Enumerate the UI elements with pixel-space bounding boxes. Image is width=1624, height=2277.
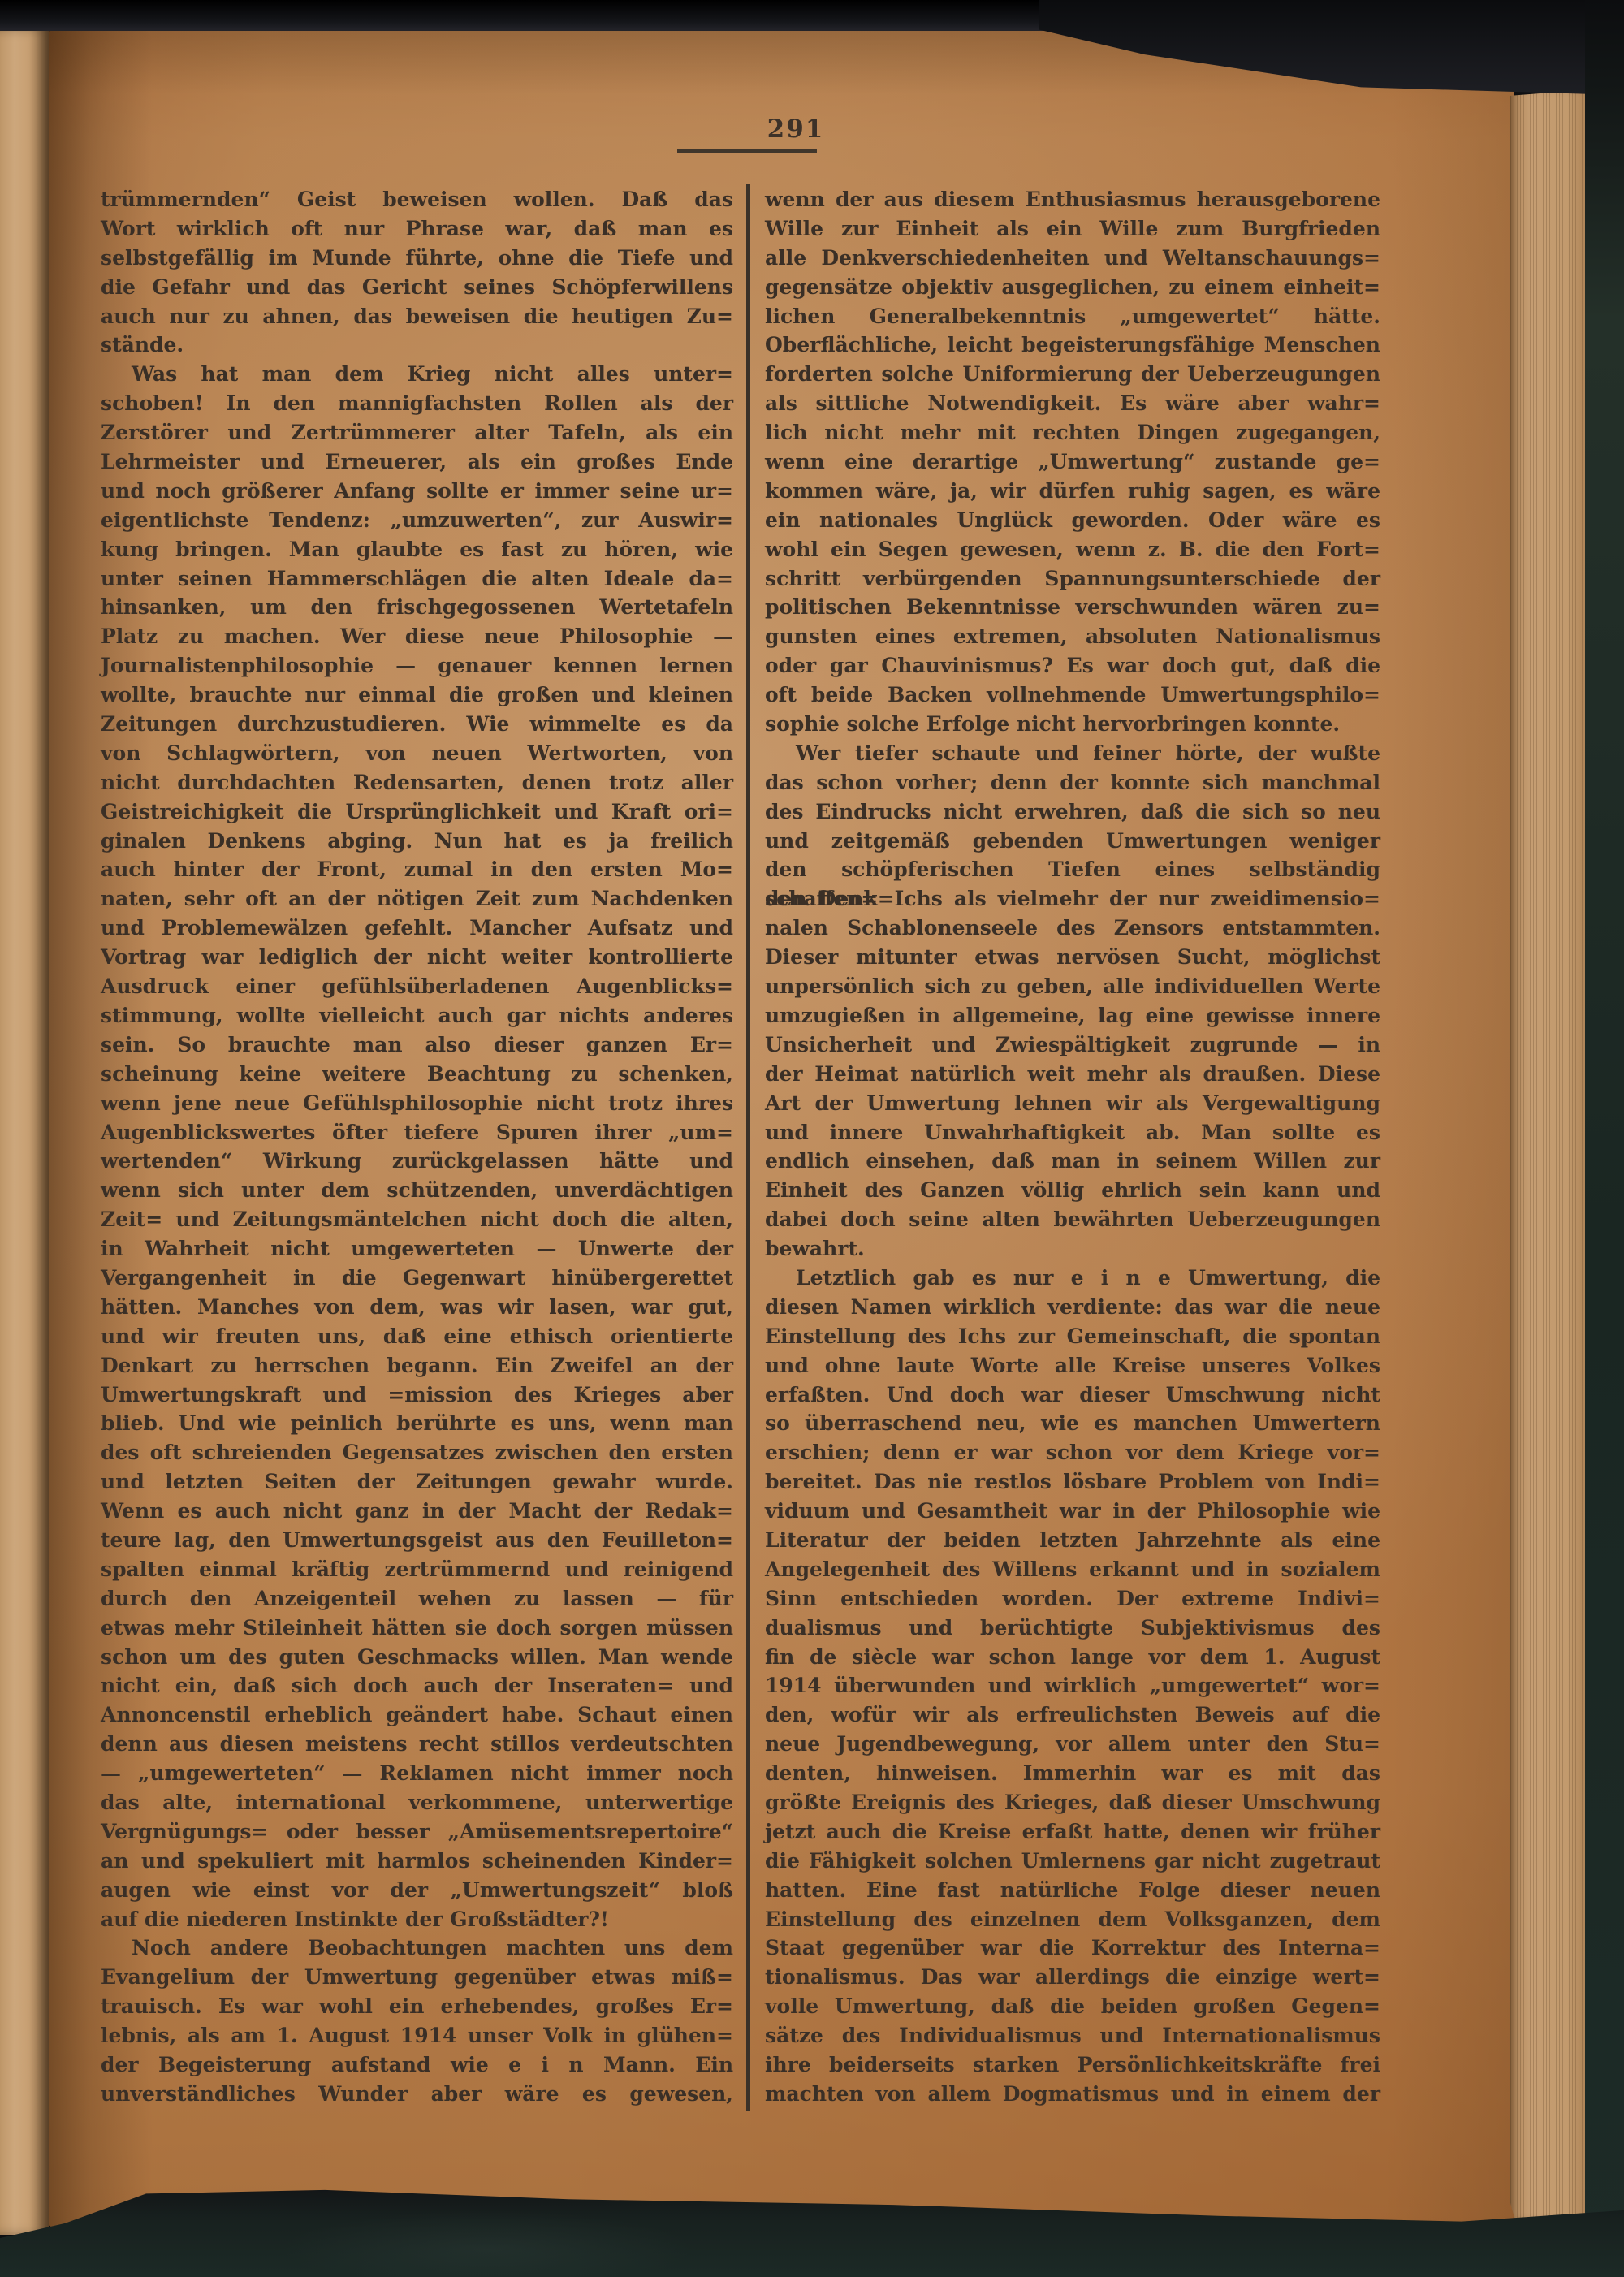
text-line: trauisch. Es war wohl ein erhebendes, gr… xyxy=(101,1992,733,2021)
text-line: wollte, brauchte nur einmal die großen u… xyxy=(101,681,733,710)
text-line: erschien; denn er war schon vor dem Krie… xyxy=(765,1438,1380,1467)
text-line: der Heimat natürlich weit mehr als drauß… xyxy=(765,1060,1380,1089)
text-line: als sittliche Notwendigkeit. Es wäre abe… xyxy=(765,389,1380,418)
text-line: schon um des guten Geschmacks willen. Ma… xyxy=(101,1643,733,1672)
text-line: Oberflächliche, leicht begeisterungsfähi… xyxy=(765,331,1380,360)
text-line: größte Ereignis des Krieges, daß dieser … xyxy=(765,1788,1380,1817)
text-line: Vergangenheit in die Gegenwart hinüberge… xyxy=(101,1264,733,1293)
text-line: Journalistenphilosophie — genauer kennen… xyxy=(101,651,733,681)
text-line: nicht ein, daß sich doch auch der Insera… xyxy=(101,1671,733,1700)
text-line: Literatur der beiden letzten Jahrzehnte … xyxy=(765,1526,1380,1555)
text-line: trümmernden“ Geist beweisen wollen. Daß … xyxy=(101,185,733,214)
text-line: durch den Anzeigenteil wehen zu lassen —… xyxy=(101,1584,733,1614)
text-line: des oft schreienden Gegensatzes zwischen… xyxy=(101,1438,733,1467)
text-line: Vortrag war lediglich der nicht weiter k… xyxy=(101,943,733,972)
text-line: Unsicherheit und Zwiespältigkeit zugrund… xyxy=(765,1030,1380,1060)
text-line: nalen Schablonenseele des Zensors entsta… xyxy=(765,914,1380,943)
text-line: bereitet. Das nie restlos lösbare Proble… xyxy=(765,1467,1380,1497)
text-line: auch hinter der Front, zumal in den erst… xyxy=(101,855,733,884)
text-line: oder gar Chauvinismus? Es war doch gut, … xyxy=(765,651,1380,681)
text-line: wenn sich unter dem schützenden, unverdä… xyxy=(101,1176,733,1205)
text-line: so überraschend neu, wie es manchen Umwe… xyxy=(765,1409,1380,1438)
text-line: und innere Unwahrhaftigkeit ab. Man soll… xyxy=(765,1118,1380,1147)
text-line: ginalen Denkens abging. Nun hat es ja fr… xyxy=(101,827,733,856)
text-line: Zeitungen durchzustudieren. Wie wimmelte… xyxy=(101,710,733,739)
page-number-rule xyxy=(677,149,817,153)
text-line: den, wofür wir als erfreulichsten Beweis… xyxy=(765,1700,1380,1730)
text-line: hatten. Eine fast natürliche Folge diese… xyxy=(765,1876,1380,1905)
text-line: sätze des Individualismus und Internatio… xyxy=(765,2021,1380,2050)
text-line: Dieser mitunter etwas nervösen Sucht, mö… xyxy=(765,943,1380,972)
text-line: tionalismus. Das war allerdings die einz… xyxy=(765,1963,1380,1992)
text-line: kung bringen. Man glaubte es fast zu hör… xyxy=(101,535,733,564)
text-line: Platz zu machen. Wer diese neue Philosop… xyxy=(101,622,733,651)
text-column-right: wenn der aus diesem Enthusiasmus herausg… xyxy=(765,185,1380,2109)
text-line: erfaßten. Und doch war dieser Umschwung … xyxy=(765,1380,1380,1410)
text-line: eigentlichste Tendenz: „umzuwerten“, zur… xyxy=(101,506,733,535)
text-line: und zeitgemäß gebenden Umwertungen wenig… xyxy=(765,827,1380,856)
text-line: wertenden“ Wirkung zurückgelassen hätte … xyxy=(101,1147,733,1176)
text-line: das alte, international verkommene, unte… xyxy=(101,1788,733,1817)
text-line: an und spekuliert mit harmlos scheinende… xyxy=(101,1847,733,1876)
text-line: die Fähigkeit solchen Umlernens gar nich… xyxy=(765,1847,1380,1876)
text-line: endlich einsehen, daß man in seinem Will… xyxy=(765,1147,1380,1176)
text-line: und ohne laute Worte alle Kreise unseres… xyxy=(765,1351,1380,1380)
text-line: blieb. Und wie peinlich berührte es uns,… xyxy=(101,1409,733,1438)
text-line: Annoncenstil erheblich geändert habe. Sc… xyxy=(101,1700,733,1730)
page-number: 291 xyxy=(674,115,918,143)
text-line: politischen Bekenntnisse verschwunden wä… xyxy=(765,593,1380,622)
text-line: sein. So brauchte man also dieser ganzen… xyxy=(101,1030,733,1060)
text-line: von Schlagwörtern, von neuen Wertworten,… xyxy=(101,739,733,768)
text-line: Sinn entschieden worden. Der extreme Ind… xyxy=(765,1584,1380,1614)
text-line: scheinung keine weitere Beachtung zu sch… xyxy=(101,1060,733,1089)
text-line: dualismus und berüchtigte Subjektivismus… xyxy=(765,1614,1380,1643)
text-line: denn aus diesen meistens recht stillos v… xyxy=(101,1730,733,1759)
text-line: in Wahrheit nicht umgewerteten — Unwerte… xyxy=(101,1234,733,1264)
left-page-stack-edge xyxy=(0,29,49,2235)
text-line: alle Denkverschiedenheiten und Weltansch… xyxy=(765,244,1380,273)
text-line: augen wie einst vor der „Umwertungszeit“… xyxy=(101,1876,733,1905)
text-line: Wenn es auch nicht ganz in der Macht der… xyxy=(101,1497,733,1526)
text-line: Wille zur Einheit als ein Wille zum Burg… xyxy=(765,214,1380,244)
text-line: und letzten Seiten der Zeitungen gewahr … xyxy=(101,1467,733,1497)
text-line: diesen Namen wirklich verdiente: das war… xyxy=(765,1293,1380,1322)
text-line: unter seinen Hammerschlägen die alten Id… xyxy=(101,564,733,594)
text-line: Art der Umwertung lehnen wir als Vergewa… xyxy=(765,1089,1380,1118)
text-line: wenn eine derartige „Umwertung“ zustande… xyxy=(765,447,1380,477)
text-line: kommen wäre, ja, wir dürfen ruhig sagen,… xyxy=(765,477,1380,506)
text-line: die Gefahr und das Gericht seines Schöpf… xyxy=(101,273,733,302)
text-line: Lehrmeister und Erneuerer, als ein große… xyxy=(101,447,733,477)
text-line: Letztlich gab es nur e i n e Umwertung, … xyxy=(765,1264,1380,1293)
text-line: lich nicht mehr mit rechten Dingen zugeg… xyxy=(765,418,1380,447)
text-line: Einstellung des Ichs zur Gemeinschaft, d… xyxy=(765,1322,1380,1351)
text-line: naten, sehr oft an der nötigen Zeit zum … xyxy=(101,884,733,914)
text-line: lebnis, als am 1. August 1914 unser Volk… xyxy=(101,2021,733,2050)
text-line: Vergnügungs= oder besser „Amüsementsrepe… xyxy=(101,1817,733,1847)
column-divider-rule xyxy=(746,184,750,2111)
book-cover-right xyxy=(1585,0,1624,2277)
text-line: und wir freuten uns, daß eine ethisch or… xyxy=(101,1322,733,1351)
text-line: den Denk=Ichs als vielmehr der nur zweid… xyxy=(765,884,1380,914)
text-line: Angelegenheit des Willens erkannt und in… xyxy=(765,1555,1380,1584)
text-line: der Begeisterung aufstand wie e i n Mann… xyxy=(101,2050,733,2080)
text-line: gegensätze objektiv ausgeglichen, zu ein… xyxy=(765,273,1380,302)
text-line: schoben! In den mannigfachsten Rollen al… xyxy=(101,389,733,418)
text-line: Augenblickswertes öfter tiefere Spuren i… xyxy=(101,1118,733,1147)
text-line: sophie solche Erfolge nicht hervorbringe… xyxy=(765,710,1380,739)
text-line: wenn jene neue Gefühlsphilosophie nicht … xyxy=(101,1089,733,1118)
right-page-stack-edge xyxy=(1510,89,1592,2220)
text-line: jetzt auch die Kreise erfaßt hatte, dene… xyxy=(765,1817,1380,1847)
text-line: unpersönlich sich zu geben, alle individ… xyxy=(765,972,1380,1001)
text-line: Zerstörer und Zertrümmerer alter Tafeln,… xyxy=(101,418,733,447)
text-line: ihre beiderseits starken Persönlichkeits… xyxy=(765,2050,1380,2080)
text-line: nicht durchdachten Redensarten, denen tr… xyxy=(101,768,733,797)
text-line: oft beide Backen vollnehmende Umwertungs… xyxy=(765,681,1380,710)
text-line: stimmung, wollte vielleicht auch gar nic… xyxy=(101,1001,733,1030)
text-line: stände. xyxy=(101,331,733,360)
text-line: hätten. Manches von dem, was wir lasen, … xyxy=(101,1293,733,1322)
text-line: auch nur zu ahnen, das beweisen die heut… xyxy=(101,302,733,331)
text-line: neue Jugendbewegung, vor allem unter den… xyxy=(765,1730,1380,1759)
text-line: hinsanken, um den frischgegossenen Werte… xyxy=(101,593,733,622)
right-edge-shadow xyxy=(1392,29,1514,2227)
text-line: lichen Generalbekenntnis „umgewertet“ hä… xyxy=(765,302,1380,331)
text-line: Einheit des Ganzen völlig ehrlich sein k… xyxy=(765,1176,1380,1205)
text-column-left: trümmernden“ Geist beweisen wollen. Daß … xyxy=(101,185,733,2109)
text-line: fin de siècle war schon lange vor dem 1.… xyxy=(765,1643,1380,1672)
text-line: — „umgewerteten“ — Reklamen nicht immer … xyxy=(101,1759,733,1788)
text-line: 1914 überwunden und wirklich „umgewertet… xyxy=(765,1671,1380,1700)
text-line: Ausdruck einer gefühlsüberladenen Augenb… xyxy=(101,972,733,1001)
book-photo-scene: 291 trümmernden“ Geist beweisen wollen. … xyxy=(0,0,1624,2277)
text-line: Staat gegenüber war die Korrektur des In… xyxy=(765,1934,1380,1963)
text-line: selbstgefällig im Munde führte, ohne die… xyxy=(101,244,733,273)
text-line: das schon vorher; denn der konnte sich m… xyxy=(765,768,1380,797)
book-page: 291 trümmernden“ Geist beweisen wollen. … xyxy=(47,29,1514,2227)
text-line: forderten solche Uniformierung der Ueber… xyxy=(765,360,1380,389)
text-line: Wort wirklich oft nur Phrase war, daß ma… xyxy=(101,214,733,244)
text-line: schritt verbürgenden Spannungsunterschie… xyxy=(765,564,1380,594)
text-line: ein nationales Unglück geworden. Oder wä… xyxy=(765,506,1380,535)
text-line: wenn der aus diesem Enthusiasmus herausg… xyxy=(765,185,1380,214)
text-line: des Eindrucks nicht erwehren, daß die si… xyxy=(765,797,1380,827)
text-line: Einstellung des einzelnen dem Volksganze… xyxy=(765,1905,1380,1934)
text-line: Noch andere Beobachtungen machten uns de… xyxy=(101,1934,733,1963)
text-line: etwas mehr Stileinheit hätten sie doch s… xyxy=(101,1614,733,1643)
text-line: viduum und Gesamtheit war in der Philoso… xyxy=(765,1497,1380,1526)
text-line: teure lag, den Umwertungsgeist aus den F… xyxy=(101,1526,733,1555)
text-line: und noch größerer Anfang sollte er immer… xyxy=(101,477,733,506)
text-line: Evangelium der Umwertung gegenüber etwas… xyxy=(101,1963,733,1992)
text-line: und Problemewälzen gefehlt. Mancher Aufs… xyxy=(101,914,733,943)
text-line: Wer tiefer schaute und feiner hörte, der… xyxy=(765,739,1380,768)
text-line: auf die niederen Instinkte der Großstädt… xyxy=(101,1905,733,1934)
text-line: machten von allem Dogmatismus und in ein… xyxy=(765,2080,1380,2109)
text-line: denten, hinweisen. Immerhin war es mit d… xyxy=(765,1759,1380,1788)
text-line: bewahrt. xyxy=(765,1234,1380,1264)
text-line: spalten einmal kräftig zertrümmernd und … xyxy=(101,1555,733,1584)
text-line: unverständliches Wunder aber wäre es gew… xyxy=(101,2080,733,2109)
text-line: gunsten eines extremen, absoluten Nation… xyxy=(765,622,1380,651)
text-line: Geistreichigkeit die Ursprünglichkeit un… xyxy=(101,797,733,827)
text-line: Umwertungskraft und =mission des Krieges… xyxy=(101,1380,733,1410)
text-line: Denkart zu herrschen begann. Ein Zweifel… xyxy=(101,1351,733,1380)
text-line: den schöpferischen Tiefen eines selbstän… xyxy=(765,855,1380,884)
text-line: volle Umwertung, daß die beiden großen G… xyxy=(765,1992,1380,2021)
text-line: Was hat man dem Krieg nicht alles unter= xyxy=(101,360,733,389)
text-line: Zeit= und Zeitungsmäntelchen nicht doch … xyxy=(101,1205,733,1234)
text-line: umzugießen in allgemeine, lag eine gewis… xyxy=(765,1001,1380,1030)
text-line: dabei doch seine alten bewährten Ueberze… xyxy=(765,1205,1380,1234)
text-line: wohl ein Segen gewesen, wenn z. B. die d… xyxy=(765,535,1380,564)
